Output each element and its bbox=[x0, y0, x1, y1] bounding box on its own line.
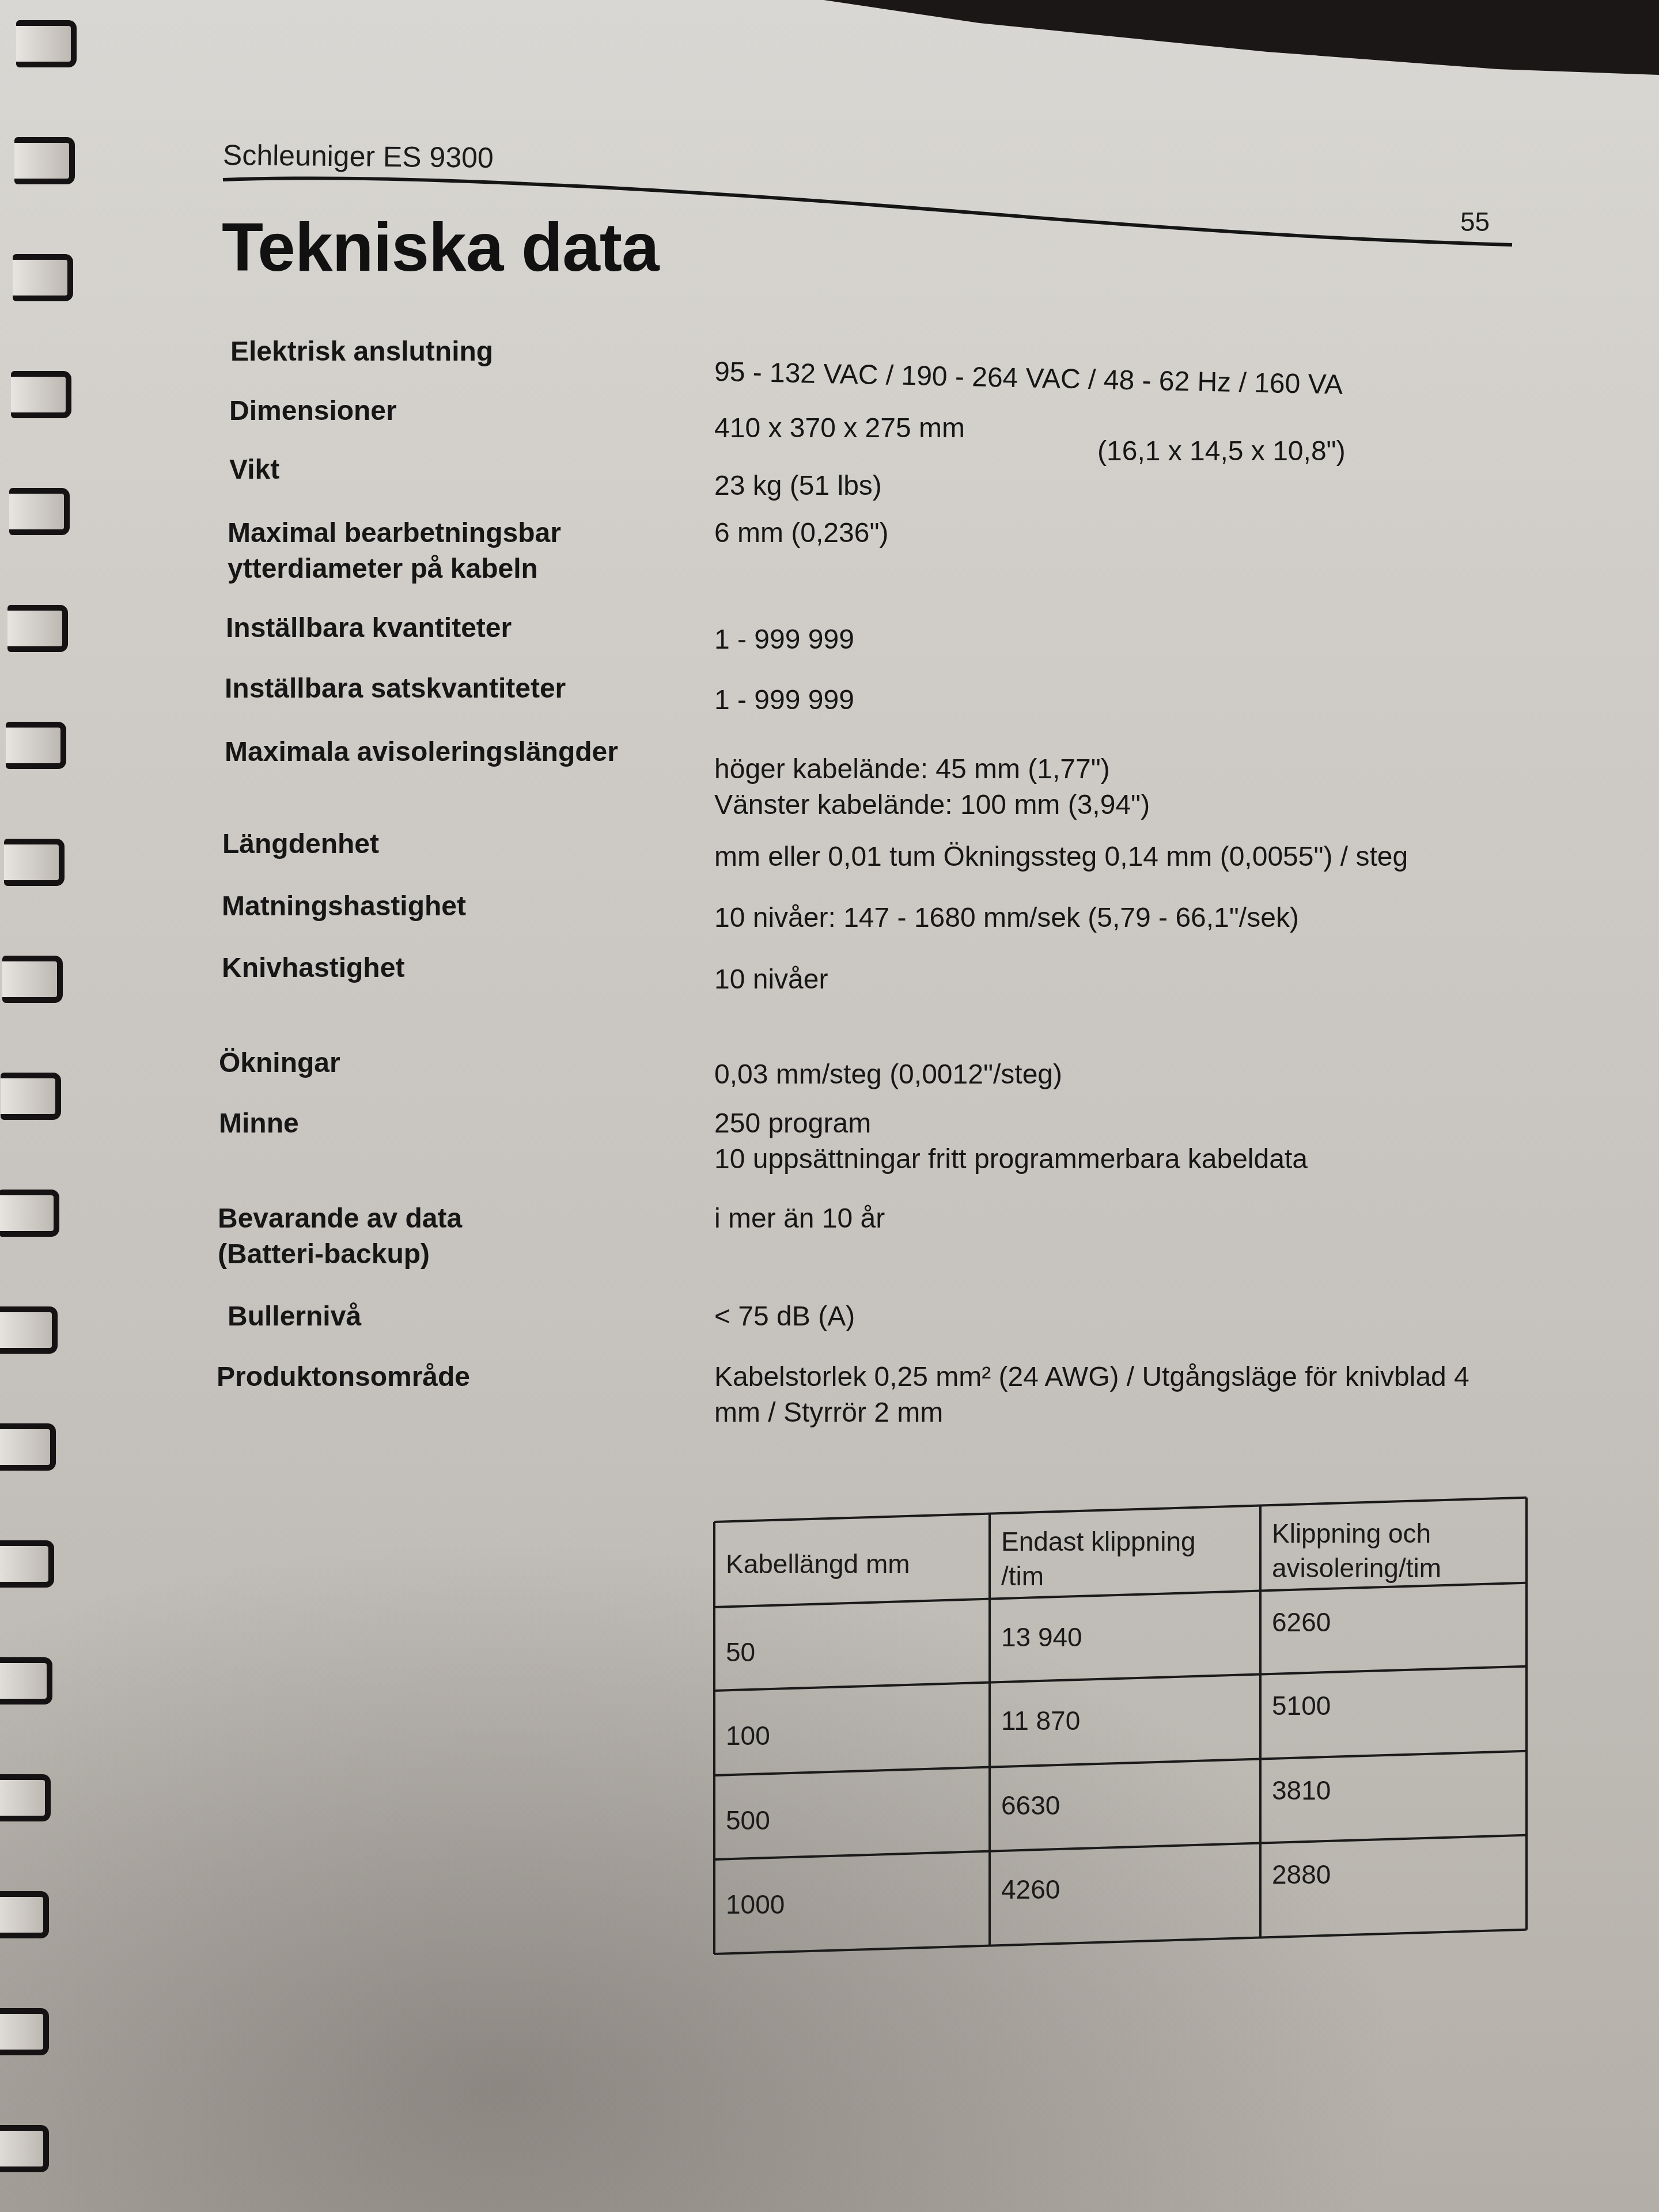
table-cell: 500 bbox=[726, 1805, 770, 1835]
table-cell: 11 870 bbox=[1001, 1706, 1080, 1736]
binding-ring bbox=[4, 839, 65, 886]
binding-ring bbox=[11, 371, 71, 418]
binding-ring bbox=[0, 1423, 56, 1471]
table-cell: 2880 bbox=[1272, 1859, 1331, 1889]
table-cell: 13 940 bbox=[1001, 1622, 1082, 1652]
table-cell: 100 bbox=[726, 1721, 770, 1751]
binding-ring bbox=[0, 2008, 49, 2055]
binding-ring bbox=[0, 1190, 59, 1237]
table-cell: 50 bbox=[726, 1637, 755, 1667]
binding-ring bbox=[2, 956, 63, 1003]
spiral-binding bbox=[0, 0, 75, 2212]
manual-page: Schleuniger ES 9300 55 Tekniska data Ele… bbox=[0, 0, 1659, 2212]
binding-ring bbox=[9, 488, 70, 535]
binding-ring bbox=[7, 605, 68, 652]
table-header: avisolering/tim bbox=[1272, 1553, 1441, 1583]
table-header: Kabellängd mm bbox=[726, 1549, 910, 1579]
table-cell: 6630 bbox=[1001, 1790, 1060, 1820]
table-cell: 1000 bbox=[726, 1889, 785, 1919]
table-header: Klippning och bbox=[1272, 1518, 1431, 1548]
table-cell: 3810 bbox=[1272, 1775, 1331, 1805]
table-header: Endast klippning bbox=[1001, 1527, 1196, 1556]
binding-ring bbox=[0, 2125, 49, 2172]
binding-ring bbox=[0, 1540, 54, 1588]
binding-ring bbox=[13, 254, 73, 301]
binding-ring bbox=[16, 20, 77, 67]
binding-ring bbox=[14, 137, 75, 184]
binding-ring bbox=[0, 1657, 52, 1705]
table-cell: 5100 bbox=[1272, 1691, 1331, 1721]
binding-ring bbox=[0, 1891, 49, 1938]
table-cell: 4260 bbox=[1001, 1874, 1060, 1904]
table-header: /tim bbox=[1001, 1561, 1044, 1591]
binding-ring bbox=[0, 1306, 58, 1354]
throughput-table: Kabellängd mmEndast klippning/timKlippni… bbox=[0, 0, 1659, 2212]
binding-ring bbox=[0, 1774, 51, 1821]
binding-ring bbox=[1, 1073, 61, 1120]
table-cell: 6260 bbox=[1272, 1607, 1331, 1637]
binding-ring bbox=[6, 722, 66, 769]
